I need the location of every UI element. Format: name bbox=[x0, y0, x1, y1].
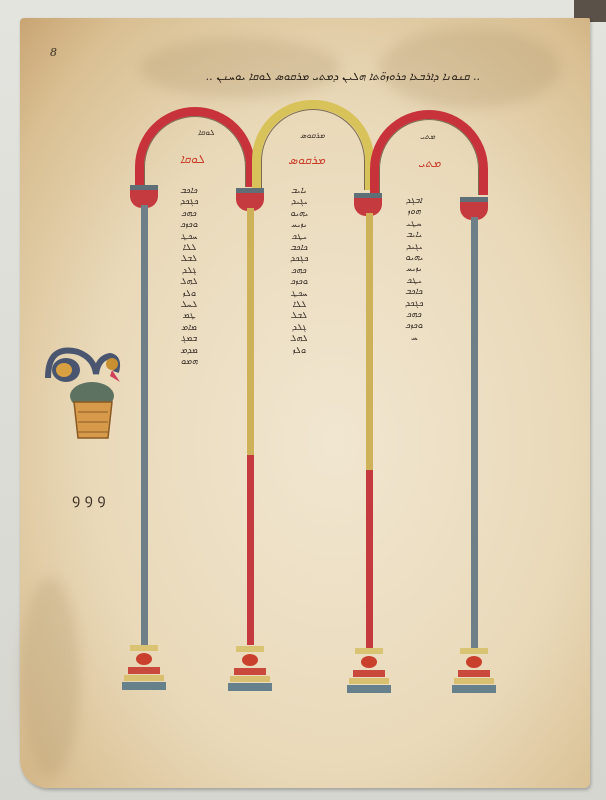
column-sublabel-1: ܠܘܩܐ bbox=[198, 128, 214, 138]
pillar-base-4 bbox=[452, 648, 496, 696]
column-sublabel-2: ܡܪܩܘܣ bbox=[300, 131, 325, 141]
column-label-2: ܡܪܩܘܣ bbox=[288, 153, 325, 168]
water-stain bbox=[140, 38, 340, 98]
water-stain bbox=[380, 28, 560, 108]
pillar-base-2 bbox=[228, 646, 272, 694]
column-label-1: ܠܘܩܐ bbox=[180, 152, 205, 167]
marginal-marks: ꝯ ꝯ ꝯ bbox=[72, 490, 106, 509]
bird-basket-illumination bbox=[38, 338, 126, 458]
column-label-3: ܡܬܝ bbox=[418, 156, 441, 171]
heading-text: .. ܩܢܘܢܐ ܕܐܪܒܥܐ ܟܪܘܙܘ̈ܬܐ ܗܠܝܢ ܕܡܬܝ ܡܪܩܘܣ… bbox=[62, 70, 480, 84]
pillar-4 bbox=[471, 217, 478, 650]
canon-numbers-mark: ܝܐܝܒܝܓܝܕܝܗܝܘܝܙܝܚܝܛܟܟܐܟܒܟܓܟܕܟܗܟܘܟܙܟܚܟܛܠܠܐ… bbox=[290, 186, 308, 666]
pillar-2-lower bbox=[247, 455, 254, 645]
pillar-base-1 bbox=[122, 645, 166, 693]
folio-number: 8 bbox=[50, 46, 57, 59]
pillar-base-3 bbox=[347, 648, 391, 696]
column-sublabel-3: ܡܬܝ bbox=[420, 132, 435, 142]
pillar-3-lower bbox=[366, 470, 373, 650]
canon-numbers-luke: ܟܐܟܒܟܓܟܕܟܗܟܘܟܙܟܚܟܛܠܠܐܠܒܠܓܠܕܠܗܠܘܠܙܠܚܠܛܡܡܐ… bbox=[180, 186, 198, 666]
pillar-1 bbox=[141, 205, 148, 645]
edge-stain bbox=[20, 578, 80, 778]
canon-numbers-matthew: ܐܒܓܕܗܘܙܚܛܝܝܐܝܒܝܓܝܕܝܗܝܘܝܙܝܚܝܛܟܟܐܟܒܟܓܟܕܟܗܟ… bbox=[405, 196, 423, 666]
